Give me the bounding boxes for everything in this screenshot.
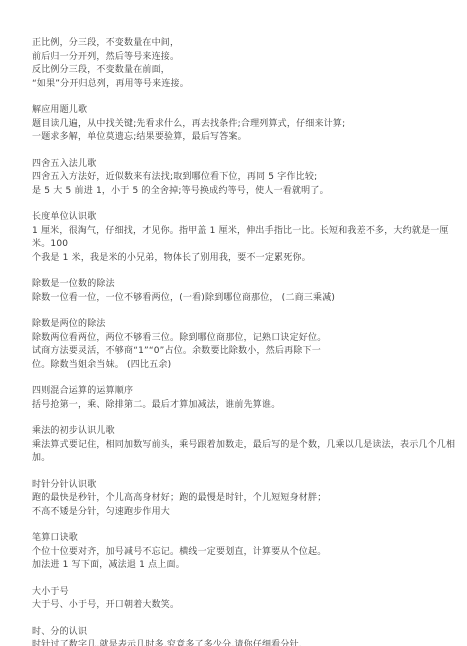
section-rounding: 四舍五入法儿歌 四舍五入方法好，近似数来有法找;取到哪位看下位，再同 5 字作比… <box>32 158 457 199</box>
section-word-problems: 解应用题儿歌 题目读几遍，从中找关键;先看求什么，再去找条件;合理列算式，仔细来… <box>32 104 457 145</box>
text-line: 前后归一分开列，然后等号来连接。 <box>32 51 457 65</box>
text-line: 1 厘米，很淘气，仔细找，才见你。指甲盖 1 厘米，伸出手指比一比。长短和我差不… <box>32 225 457 252</box>
text-line: 除数一位看一位，一位不够看两位，(一看)除到哪位商那位， (二商三乘减) <box>32 292 457 306</box>
section-written-calculation: 笔算口诀歌 个位十位要对齐，加号减号不忘记。横线一定要划直，计算要从个位起。 加… <box>32 532 457 573</box>
text-line: 乘法算式要记住，相同加数写前头，乘号跟着加数走，最后写的是个数，几乘以几是读法，… <box>32 439 457 466</box>
text-line: 大于号、小于号，开口朝着大数笑。 <box>32 599 457 613</box>
section-title: 四则混合运算的运算顺序 <box>32 385 457 399</box>
section-title: 解应用题儿歌 <box>32 104 457 118</box>
section-title: 四舍五入法儿歌 <box>32 158 457 172</box>
text-line: 四舍五入方法好，近似数来有法找;取到哪位看下位，再同 5 字作比较; <box>32 171 457 185</box>
text-line: 正比例，分三段，不变数量在中间， <box>32 37 457 51</box>
text-line: 个位十位要对齐，加号减号不忘记。横线一定要划直，计算要从个位起。 <box>32 546 457 560</box>
text-line: 括号抢第一，乘、除排第二。最后才算加减法，谁前先算谁。 <box>32 399 457 413</box>
section-operation-order: 四则混合运算的运算顺序 括号抢第一，乘、除排第二。最后才算加减法，谁前先算谁。 <box>32 385 457 412</box>
text-line: 是 5 大 5 前进 1，小于 5 的全舍掉;等号换成约等号，使人一看就明了。 <box>32 185 457 199</box>
text-line: 除数两位看两位，两位不够看三位。除到哪位商那位，记熟口诀定好位。 <box>32 332 457 346</box>
section-length-units: 长度单位认识歌 1 厘米，很淘气，仔细找，才见你。指甲盖 1 厘米，伸出手指比一… <box>32 211 457 265</box>
text-line: 一题求多解，单位莫遗忘;结果要验算，最后写答案。 <box>32 131 457 145</box>
text-line: 不高不矮是分针，匀速跑步作用大 <box>32 506 457 520</box>
text-line: 时针过了数字几,就是表示几时多,究竟多了多少分,请你仔细看分针. <box>32 639 457 646</box>
text-line: 个我是 1 米，我是米的小兄弟，物体长了别用我，要不一定累死你。 <box>32 252 457 266</box>
text-line: 试商方法要灵活，不够商“1”“0”占位。余数要比除数小，然后再除下一 <box>32 345 457 359</box>
section-title: 除数是两位的除法 <box>32 318 457 332</box>
text-line: 题目读几遍，从中找关键;先看求什么，再去找条件;合理列算式，仔细来计算; <box>32 118 457 132</box>
section-multiplication-intro: 乘法的初步认识儿歌 乘法算式要记住，相同加数写前头，乘号跟着加数走，最后写的是个… <box>32 425 457 466</box>
section-division-one-digit: 除数是一位数的除法 除数一位看一位，一位不够看两位，(一看)除到哪位商那位， (… <box>32 278 457 305</box>
document-page: 正比例，分三段，不变数量在中间， 前后归一分开列，然后等号来连接。 反比例分三段… <box>0 0 467 646</box>
section-title: 乘法的初步认识儿歌 <box>32 425 457 439</box>
text-line: 加法进 1 写下面，减法退 1 点上面。 <box>32 559 457 573</box>
section-hour-minute: 时、分的认识 时针过了数字几,就是表示几时多,究竟多了多少分,请你仔细看分针. <box>32 626 457 646</box>
section-title: 时、分的认识 <box>32 626 457 640</box>
section-comparison-signs: 大小于号 大于号、小于号，开口朝着大数笑。 <box>32 586 457 613</box>
text-line: 位。除数当姐余当妹。 (四比五余) <box>32 359 457 373</box>
text-line: 反比例分三段，不变数量在前面， <box>32 64 457 78</box>
section-title: 大小于号 <box>32 586 457 600</box>
section-clock-hands: 时针分针认识歌 跑的最快是秒针，个儿高高身材好；跑的最慢是时针，个儿短短身材胖；… <box>32 479 457 520</box>
section-title: 时针分针认识歌 <box>32 479 457 493</box>
section-title: 除数是一位数的除法 <box>32 278 457 292</box>
text-line: “如果”分开归总列，再用等号来连接。 <box>32 78 457 92</box>
section-division-two-digit: 除数是两位的除法 除数两位看两位，两位不够看三位。除到哪位商那位，记熟口诀定好位… <box>32 318 457 372</box>
section-title: 长度单位认识歌 <box>32 211 457 225</box>
section-proportion-rhyme: 正比例，分三段，不变数量在中间， 前后归一分开列，然后等号来连接。 反比例分三段… <box>32 37 457 91</box>
text-line: 跑的最快是秒针，个儿高高身材好；跑的最慢是时针，个儿短短身材胖； <box>32 492 457 506</box>
section-title: 笔算口诀歌 <box>32 532 457 546</box>
